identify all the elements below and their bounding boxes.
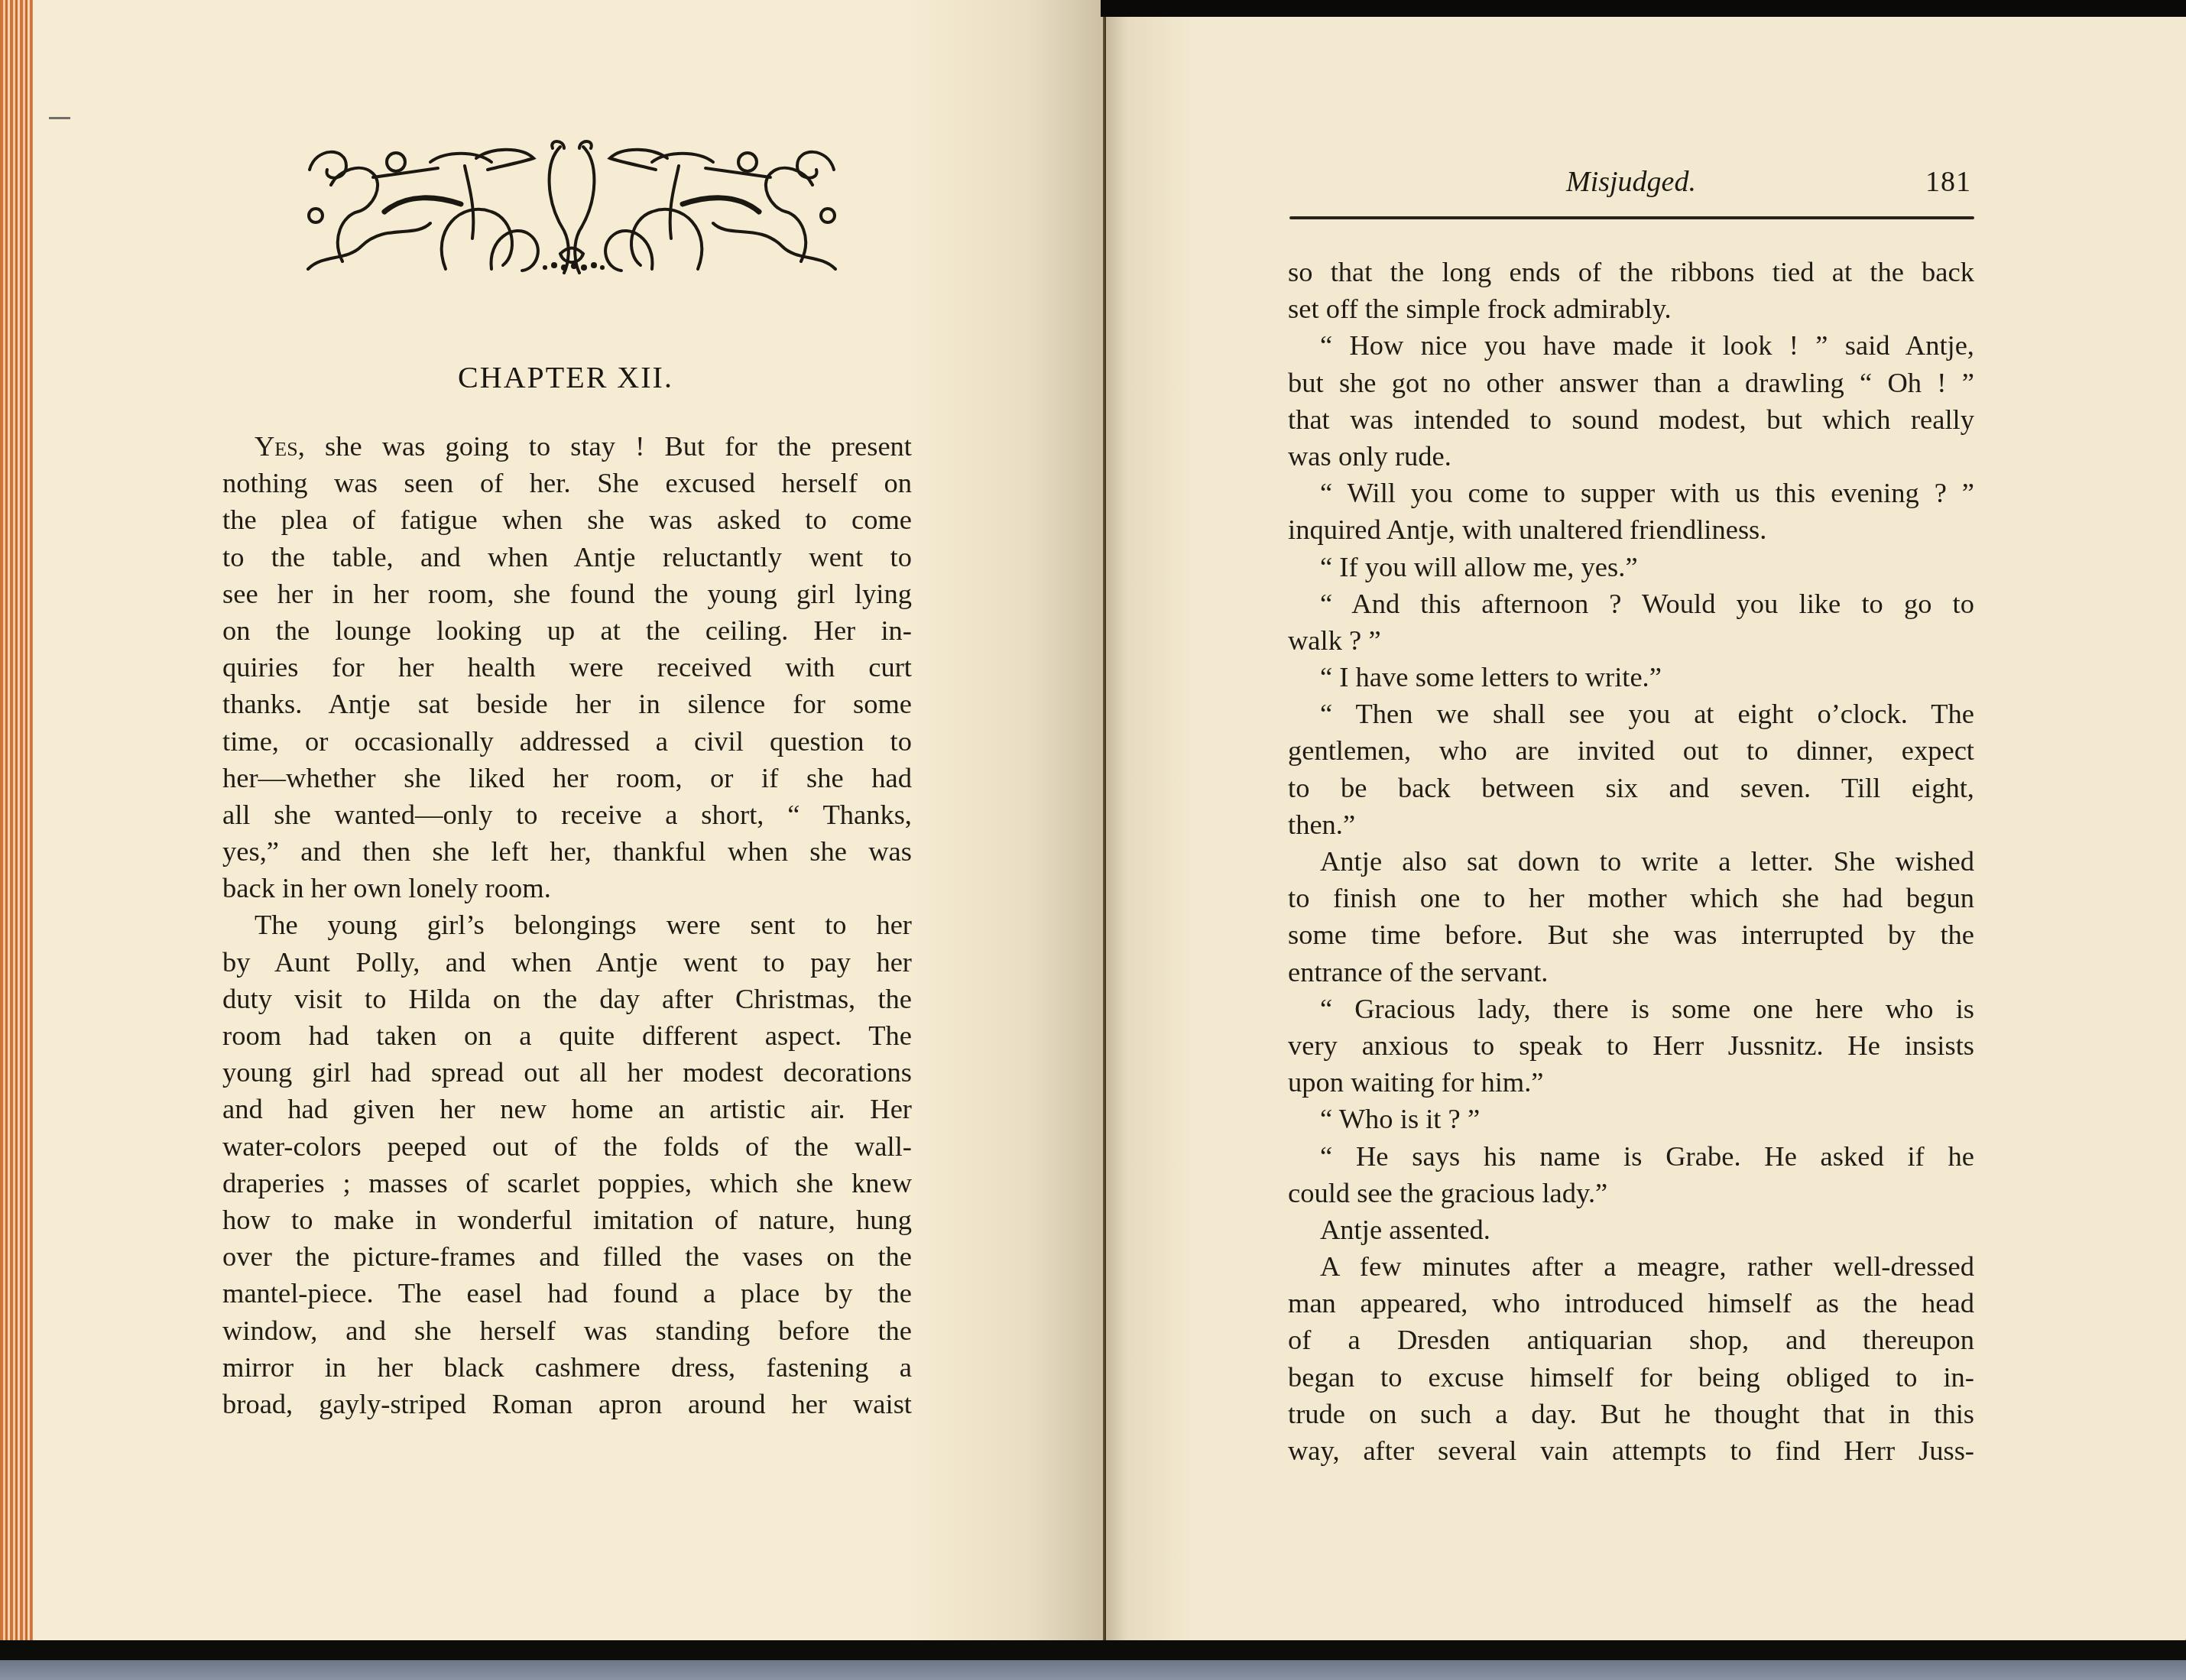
- right-page-body-text: so that the long ends of the ribbons tie…: [1288, 254, 1974, 1469]
- left-page: CHAPTER XII. Yes, she was going to stay …: [0, 0, 1106, 1644]
- text-line: water-colors peeped out of the folds of …: [222, 1128, 912, 1165]
- text-line: Antje also sat down to write a letter. S…: [1288, 843, 1974, 880]
- text-line: “ If you will allow me, yes.”: [1288, 549, 1974, 585]
- text-line: Antje assented.: [1288, 1211, 1974, 1248]
- text-line: could see the gracious lady.”: [1288, 1175, 1974, 1211]
- running-title: Misjudged.: [1288, 165, 1974, 199]
- text-line: see her in her room, she found the young…: [222, 576, 912, 612]
- text-line: draperies ; masses of scarlet poppies, w…: [222, 1165, 912, 1202]
- book-gutter: [1103, 15, 1106, 1642]
- text-line: mantel-piece. The easel had found a plac…: [222, 1275, 912, 1312]
- text-line: The young girl’s belongings were sent to…: [222, 906, 912, 943]
- text-line: thanks. Antje sat beside her in silence …: [222, 686, 912, 722]
- page-edges-stack: [0, 0, 33, 1642]
- text-line: set off the simple frock admirably.: [1288, 290, 1974, 327]
- text-line: and had given her new home an artistic a…: [222, 1091, 912, 1127]
- text-line: man appeared, who introduced himself as …: [1288, 1285, 1974, 1322]
- text-line: “ Gracious lady, there is some one here …: [1288, 991, 1974, 1027]
- text-line: by Aunt Polly, and when Antje went to pa…: [222, 944, 912, 981]
- header-rule: [1289, 216, 1974, 219]
- page-number: 181: [1925, 165, 1971, 199]
- text-line: Yes, she was going to stay ! But for the…: [222, 428, 912, 465]
- text-line: yes,” and then she left her, thankful wh…: [222, 833, 912, 870]
- text-line: her—whether she liked her room, or if sh…: [222, 760, 912, 796]
- cover-edge-top: [1101, 0, 2186, 17]
- text-line: how to make in wonderful imitation of na…: [222, 1202, 912, 1238]
- text-line: all she wanted—only to receive a short, …: [222, 796, 912, 833]
- text-line: began to excuse himself for being oblige…: [1288, 1359, 1974, 1396]
- text-line: so that the long ends of the ribbons tie…: [1288, 254, 1974, 290]
- left-page-body-text: Yes, she was going to stay ! But for the…: [222, 428, 912, 1422]
- text-line: some time before. But she was interrupte…: [1288, 916, 1974, 953]
- right-page: Misjudged. 181 so that the long ends of …: [1106, 15, 2186, 1644]
- text-line: “ How nice you have made it look ! ” sai…: [1288, 327, 1974, 364]
- text-line: gentlemen, who are invited out to dinner…: [1288, 732, 1974, 769]
- text-line: on the lounge looking up at the ceiling.…: [222, 612, 912, 649]
- text-line: to the table, and when Antje reluctantly…: [222, 539, 912, 576]
- text-line: but she got no other answer than a drawl…: [1288, 365, 1974, 401]
- text-line: A few minutes after a meagre, rather wel…: [1288, 1248, 1974, 1285]
- text-line: then.”: [1288, 806, 1974, 843]
- text-line: of a Dresden antiquarian shop, and there…: [1288, 1322, 1974, 1358]
- pencil-mark: [49, 117, 70, 119]
- text-line: very anxious to speak to Herr Jussnitz. …: [1288, 1027, 1974, 1064]
- text-line: entrance of the servant.: [1288, 954, 1974, 991]
- small-caps-opening-word: Yes: [255, 430, 298, 462]
- text-line: mirror in her black cashmere dress, fast…: [222, 1349, 912, 1386]
- text-line: nothing was seen of her. She excused her…: [222, 465, 912, 501]
- text-line: inquired Antje, with unaltered friendlin…: [1288, 511, 1974, 548]
- scanner-background: [0, 1660, 2186, 1680]
- text-line: quiries for her health were received wit…: [222, 649, 912, 686]
- text-line: broad, gayly-striped Roman apron around …: [222, 1386, 912, 1422]
- text-line: “ Will you come to supper with us this e…: [1288, 475, 1974, 511]
- text-line: the plea of fatigue when she was asked t…: [222, 501, 912, 538]
- text-line: window, and she herself was standing bef…: [222, 1312, 912, 1349]
- text-line: was only rude.: [1288, 438, 1974, 475]
- text-line: over the picture-frames and filled the v…: [222, 1238, 912, 1275]
- text-line: “ I have some letters to write.”: [1288, 659, 1974, 696]
- text-line: “ And this afternoon ? Would you like to…: [1288, 585, 1974, 622]
- text-line: “ Then we shall see you at eight o’clock…: [1288, 696, 1974, 732]
- chapter-title: CHAPTER XII.: [218, 359, 913, 395]
- text-line: upon waiting for him.”: [1288, 1064, 1974, 1101]
- text-line: “ He says his name is Grabe. He asked if…: [1288, 1138, 1974, 1175]
- text-line: back in her own lonely room.: [222, 870, 912, 906]
- decorative-woodcut-headpiece-icon: [300, 139, 843, 277]
- running-head: Misjudged. 181: [1288, 165, 1974, 203]
- text-line: duty visit to Hilda on the day after Chr…: [222, 981, 912, 1017]
- text-line: to be back between six and seven. Till e…: [1288, 770, 1974, 806]
- text-line: room had taken on a quite different aspe…: [222, 1017, 912, 1054]
- text-line: trude on such a day. But he thought that…: [1288, 1396, 1974, 1432]
- text-line: way, after several vain attempts to find…: [1288, 1432, 1974, 1469]
- open-book-spread: CHAPTER XII. Yes, she was going to stay …: [0, 0, 2186, 1680]
- text-line: “ Who is it ? ”: [1288, 1101, 1974, 1137]
- text-line: to finish one to her mother which she ha…: [1288, 880, 1974, 916]
- text-line: that was intended to sound modest, but w…: [1288, 401, 1974, 438]
- text-line: time, or occasionally addressed a civil …: [222, 723, 912, 760]
- text-line: young girl had spread out all her modest…: [222, 1054, 912, 1091]
- text-line: walk ? ”: [1288, 622, 1974, 659]
